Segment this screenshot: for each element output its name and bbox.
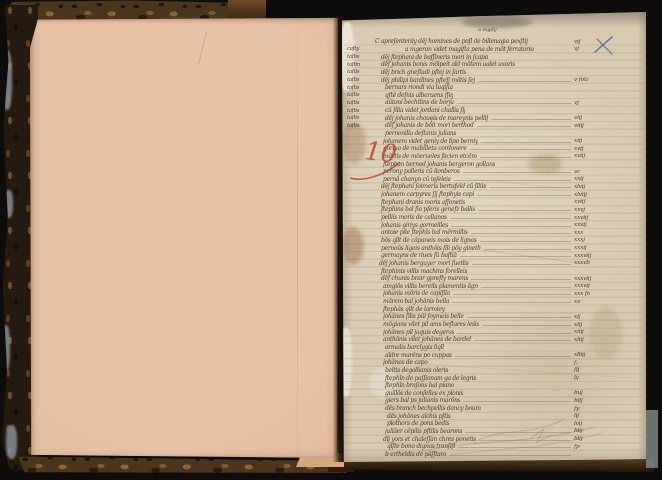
worn-leather-patch xyxy=(4,190,13,218)
left-blank-endpaper xyxy=(30,17,338,458)
right-manuscript-page: a nigdy C apreſenterāy dēj homines de po… xyxy=(342,12,646,462)
manuscript-scan-photo: a nigdy C apreſenterāy dēj homines de po… xyxy=(0,0,662,480)
worn-leather-patch xyxy=(2,50,12,110)
page-crease xyxy=(297,17,298,458)
worn-leather-patch xyxy=(2,325,10,371)
worn-leather-patch xyxy=(6,425,17,459)
right-fore-edge-patch xyxy=(646,410,658,468)
page-scratch xyxy=(198,31,207,64)
page-creases xyxy=(342,12,646,462)
